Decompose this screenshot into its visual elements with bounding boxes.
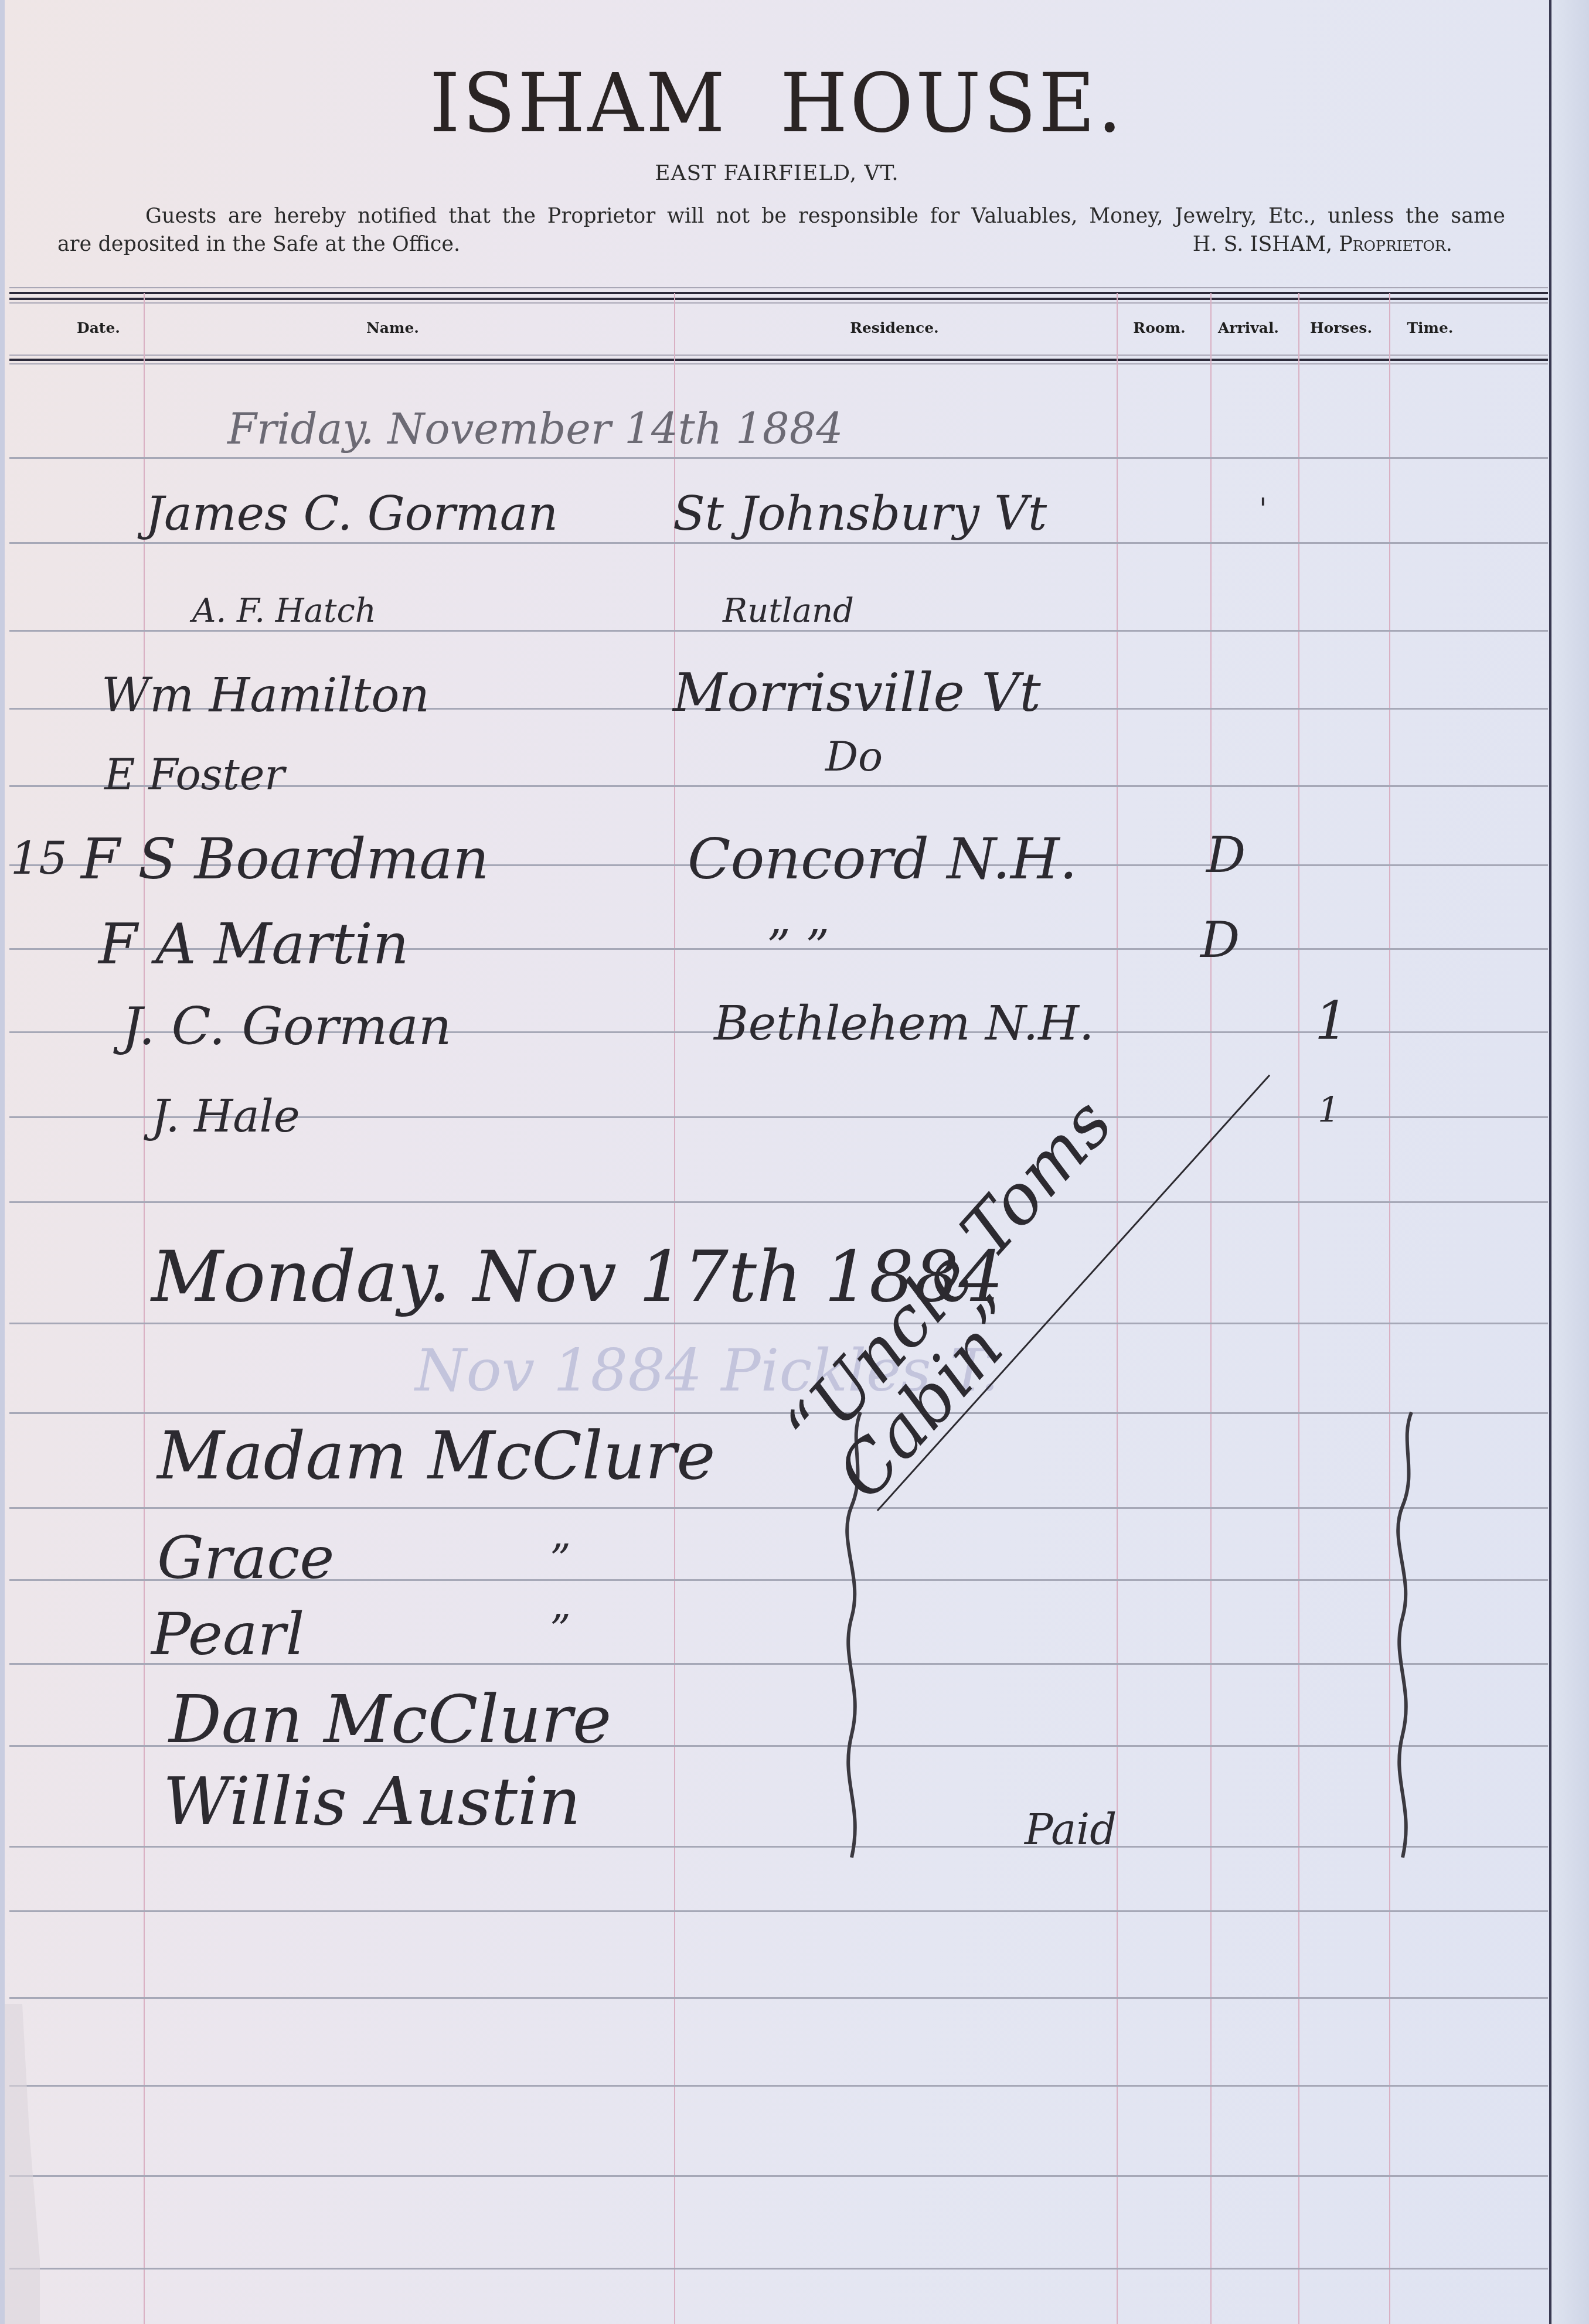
ruled-line [9, 457, 1548, 459]
guest-name: J. C. Gorman [122, 996, 451, 1057]
guest-residence: ” ” [767, 920, 829, 974]
guest-name: James C. Gorman [145, 486, 558, 541]
date-heading-friday: Friday. November 14th 1884 [227, 404, 843, 454]
ruled-line [9, 542, 1548, 544]
arrival-mark: D [1206, 826, 1246, 884]
guest-name: Grace [157, 1524, 335, 1592]
page-title: ISHAMHOUSE. [5, 56, 1549, 151]
ruled-line [9, 1846, 1548, 1848]
guest-name: F A Martin [98, 911, 409, 977]
guest-residence: Concord N.H. [688, 826, 1077, 892]
column-header-date: Date. [77, 319, 120, 336]
guest-residence: Do [825, 732, 883, 781]
ruled-line [9, 1201, 1548, 1203]
ruled-line [9, 2268, 1548, 2270]
column-header-room: Room. [1133, 319, 1185, 336]
title-house: HOUSE. [780, 56, 1124, 151]
column-header-horses: Horses. [1310, 319, 1372, 336]
title-isham: ISHAM [430, 56, 727, 151]
horses-count: 1 [1318, 1090, 1340, 1131]
payment-note: Paid [1025, 1805, 1117, 1854]
header-rule-bottom-thick [9, 359, 1548, 361]
column-header-name: Name. [366, 319, 419, 336]
guest-name: J. Hale [151, 1090, 300, 1142]
horses-count: 1 [1315, 990, 1348, 1052]
guest-name: Wm Hamilton [101, 668, 430, 723]
register-page: ISHAMHOUSE. EAST FAIRFIELD, VT. Guests a… [5, 0, 1551, 2324]
header-rule-top-thick [9, 292, 1548, 294]
torn-page-corner [5, 2004, 40, 2324]
notice-block: Guests are hereby notified that the Prop… [57, 202, 1505, 258]
arrival-mark: ' [1259, 492, 1267, 526]
column-divider-residence [1117, 293, 1118, 2324]
guest-name: F S Boardman [81, 826, 489, 892]
guest-residence: Bethlehem N.H. [714, 996, 1094, 1051]
guest-residence: Morrisville Vt [673, 662, 1041, 724]
guest-name: Madam McClure [157, 1418, 716, 1494]
header-rule-top-thick-2 [9, 298, 1548, 300]
guest-residence: Rutland [723, 592, 854, 630]
arrival-mark: D [1200, 911, 1240, 969]
notice-line-2: are deposited in the Safe at the Office. [57, 230, 460, 258]
ruled-line [9, 1507, 1548, 1509]
location-line: EAST FAIRFIELD, VT. [5, 161, 1549, 185]
ruled-line [9, 1997, 1548, 1999]
guest-name: Willis Austin [163, 1764, 581, 1840]
column-divider-horses [1389, 293, 1390, 2324]
ruled-line [9, 2085, 1548, 2087]
right-wavy-bracket-icon [1388, 1406, 1423, 1863]
guest-residence: St Johnsbury Vt [673, 486, 1047, 541]
column-header-arrival: Arrival. [1218, 319, 1279, 336]
header-rule-top-thin-2 [9, 302, 1548, 304]
column-header-residence: Residence. [850, 319, 939, 336]
column-header-time: Time. [1407, 319, 1453, 336]
ruled-line [9, 2175, 1548, 2177]
guest-name: Pearl [151, 1600, 304, 1668]
header-rule-bottom-thin [9, 355, 1548, 356]
guest-date: 15 [11, 832, 67, 884]
ruled-line [9, 1910, 1548, 1912]
guest-name: E Foster [104, 750, 285, 799]
guest-name: Dan McClure [169, 1682, 611, 1758]
notice-line-1: Guests are hereby notified that the Prop… [57, 202, 1505, 230]
header-rule-bottom-thin-2 [9, 363, 1548, 364]
ditto-mark: ” [550, 1606, 571, 1654]
adjacent-page-edge [1551, 0, 1589, 2324]
guest-name: A. F. Hatch [192, 592, 376, 630]
ditto-mark: ” [550, 1535, 571, 1583]
column-divider-room [1210, 293, 1212, 2324]
proprietor-signature: H. S. ISHAM, Proprietor. [1193, 230, 1452, 258]
column-divider-date [144, 293, 145, 2324]
header-rule-top-thin [9, 287, 1548, 288]
column-divider-arrival [1298, 293, 1299, 2324]
ruled-line [9, 630, 1548, 632]
ruled-line [9, 1323, 1548, 1324]
